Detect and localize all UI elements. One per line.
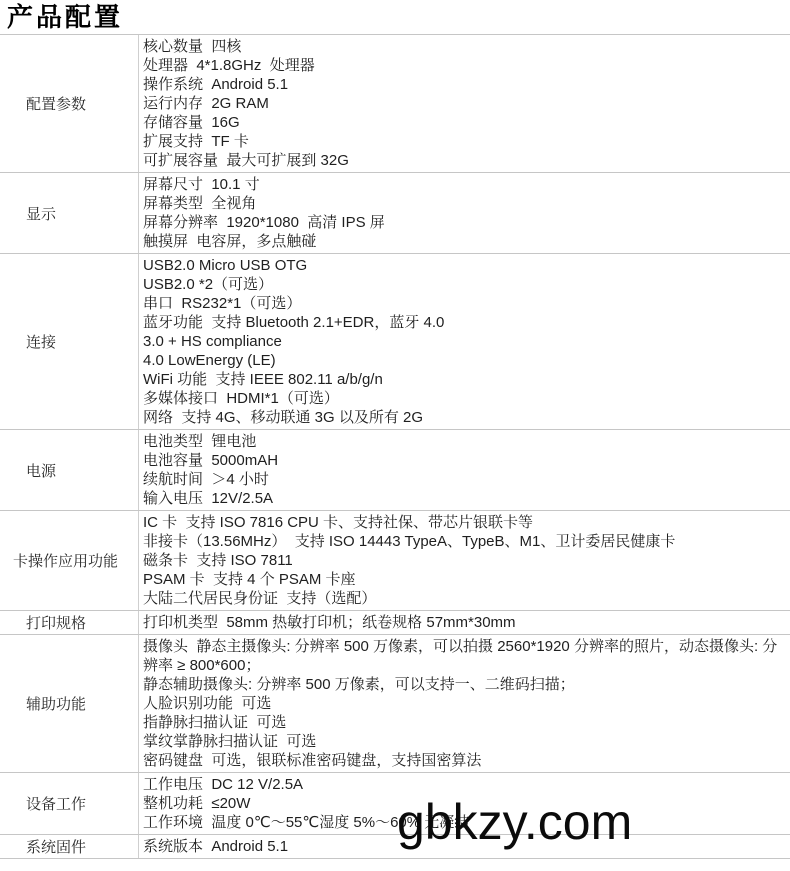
table-row: 设备工作 工作电压 DC 12 V/2.5A整机功耗 ≤20W工作环境 温度 0… [0,773,790,835]
spec-line: 运行内存 2G RAM [143,94,778,113]
row-label: 打印规格 [0,611,139,634]
table-row: 电源 电池类型 锂电池电池容量 5000mAH续航时间 ＞4 小时输入电压 12… [0,430,790,511]
spec-line: 非接卡（13.56MHz） 支持 ISO 14443 TypeA、TypeB、M… [143,532,778,551]
spec-line: 屏幕分辨率 1920*1080 高清 IPS 屏 [143,213,778,232]
spec-line: 掌纹掌静脉扫描认证 可选 [143,732,778,751]
spec-line: 核心数量 四核 [143,37,778,56]
row-content: 电池类型 锂电池电池容量 5000mAH续航时间 ＞4 小时输入电压 12V/2… [139,430,790,510]
row-content: 打印机类型 58mm 热敏打印机；纸卷规格 57mm*30mm [139,611,790,634]
spec-line: 串口 RS232*1（可选） [143,294,778,313]
spec-table: 配置参数 核心数量 四核处理器 4*1.8GHz 处理器操作系统 Android… [0,34,790,859]
spec-line: 续航时间 ＞4 小时 [143,470,778,489]
row-content: IC 卡 支持 ISO 7816 CPU 卡、支持社保、带芯片银联卡等非接卡（1… [139,511,790,610]
spec-line: 电池类型 锂电池 [143,432,778,451]
spec-line: 屏幕尺寸 10.1 寸 [143,175,778,194]
row-content: 核心数量 四核处理器 4*1.8GHz 处理器操作系统 Android 5.1运… [139,35,790,172]
spec-line: 磁条卡 支持 ISO 7811 [143,551,778,570]
table-row: 系统固件 系统版本 Android 5.1 [0,835,790,859]
spec-line: 工作电压 DC 12 V/2.5A [143,775,778,794]
row-content: 摄像头 静态主摄像头: 分辨率 500 万像素，可以拍摄 2560*1920 分… [139,635,790,772]
table-row: 打印规格 打印机类型 58mm 热敏打印机；纸卷规格 57mm*30mm [0,611,790,635]
spec-line: 处理器 4*1.8GHz 处理器 [143,56,778,75]
row-label: 设备工作 [0,773,139,834]
spec-line: 输入电压 12V/2.5A [143,489,778,508]
row-label: 辅助功能 [0,635,139,772]
spec-line: 密码键盘 可选，银联标准密码键盘，支持国密算法 [143,751,778,770]
spec-line: 整机功耗 ≤20W [143,794,778,813]
row-label: 卡操作应用功能 [0,511,139,610]
spec-line: 4.0 LowEnergy (LE) [143,351,778,370]
spec-line: 打印机类型 58mm 热敏打印机；纸卷规格 57mm*30mm [143,613,778,632]
spec-line: 3.0 + HS compliance [143,332,778,351]
spec-line: USB2.0 Micro USB OTG [143,256,778,275]
spec-line: 多媒体接口 HDMI*1（可选） [143,389,778,408]
spec-line: 电池容量 5000mAH [143,451,778,470]
row-label: 系统固件 [0,835,139,858]
spec-line: 系统版本 Android 5.1 [143,837,778,856]
spec-line: IC 卡 支持 ISO 7816 CPU 卡、支持社保、带芯片银联卡等 [143,513,778,532]
table-row: 连接 USB2.0 Micro USB OTGUSB2.0 *2（可选）串口 R… [0,254,790,430]
spec-line: PSAM 卡 支持 4 个 PSAM 卡座 [143,570,778,589]
spec-line: 指静脉扫描认证 可选 [143,713,778,732]
spec-line: 工作环境 温度 0℃～55℃湿度 5%～60% 无凝结 [143,813,778,832]
spec-line: 可扩展容量 最大可扩展到 32G [143,151,778,170]
spec-line: 操作系统 Android 5.1 [143,75,778,94]
row-label: 配置参数 [0,35,139,172]
table-row: 显示 屏幕尺寸 10.1 寸屏幕类型 全视角屏幕分辨率 1920*1080 高清… [0,173,790,254]
row-label: 显示 [0,173,139,253]
spec-line: 触摸屏 电容屏，多点触碰 [143,232,778,251]
spec-line: WiFi 功能 支持 IEEE 802.11 a/b/g/n [143,370,778,389]
spec-line: 屏幕类型 全视角 [143,194,778,213]
spec-line: 存储容量 16G [143,113,778,132]
spec-line: 静态辅助摄像头: 分辨率 500 万像素，可以支持一、二维码扫描； [143,675,778,694]
row-label: 连接 [0,254,139,429]
row-content: USB2.0 Micro USB OTGUSB2.0 *2（可选）串口 RS23… [139,254,790,429]
row-label: 电源 [0,430,139,510]
row-content: 工作电压 DC 12 V/2.5A整机功耗 ≤20W工作环境 温度 0℃～55℃… [139,773,790,834]
page-title: 产品配置 [0,0,790,34]
table-row: 辅助功能 摄像头 静态主摄像头: 分辨率 500 万像素，可以拍摄 2560*1… [0,635,790,773]
table-row: 卡操作应用功能 IC 卡 支持 ISO 7816 CPU 卡、支持社保、带芯片银… [0,511,790,611]
spec-sheet-page: 产品配置 配置参数 核心数量 四核处理器 4*1.8GHz 处理器操作系统 An… [0,0,790,871]
spec-line: USB2.0 *2（可选） [143,275,778,294]
spec-line: 人脸识别功能 可选 [143,694,778,713]
row-content: 系统版本 Android 5.1 [139,835,790,858]
table-row: 配置参数 核心数量 四核处理器 4*1.8GHz 处理器操作系统 Android… [0,35,790,173]
spec-line: 大陆二代居民身份证 支持（选配） [143,589,778,608]
spec-line: 扩展支持 TF 卡 [143,132,778,151]
spec-line: 网络 支持 4G、移动联通 3G 以及所有 2G [143,408,778,427]
spec-line: 蓝牙功能 支持 Bluetooth 2.1+EDR，蓝牙 4.0 [143,313,778,332]
row-content: 屏幕尺寸 10.1 寸屏幕类型 全视角屏幕分辨率 1920*1080 高清 IP… [139,173,790,253]
spec-line: 摄像头 静态主摄像头: 分辨率 500 万像素，可以拍摄 2560*1920 分… [143,637,778,675]
